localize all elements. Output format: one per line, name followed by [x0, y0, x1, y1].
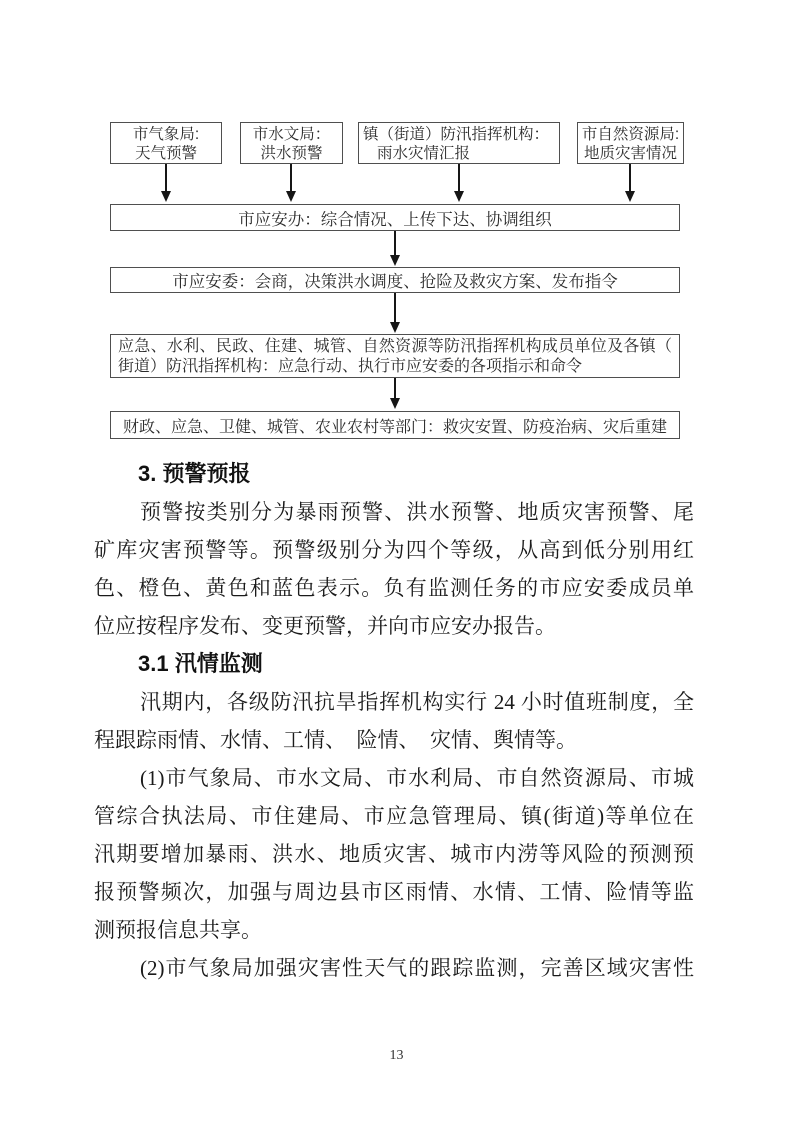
flowchart-box-emergency-office: 市应安办：综合情况、上传下达、协调组织 — [110, 204, 680, 231]
body-text-line: (2)市气象局加强灾害性天气的跟踪监测，完善区域灾害性 — [94, 949, 694, 987]
flowchart-box-text: 地质灾害情况 — [578, 144, 683, 163]
flowchart-box-text: 天气预警 — [111, 144, 221, 163]
page-number: 13 — [0, 1048, 793, 1064]
down-arrow-icon — [394, 378, 396, 398]
flowchart-box-text: 市自然资源局: — [578, 125, 683, 144]
flowchart-box-member-units: 应急、水利、民政、住建、城管、自然资源等防汛指挥机构成员单位及各镇（ 街道）防汛… — [110, 334, 680, 378]
section-heading: 3.1 汛情监测 — [94, 645, 694, 683]
section-heading: 3. 预警预报 — [94, 455, 694, 493]
flowchart-box-town-headquarters: 镇（街道）防汛指挥机构： 雨水灾情汇报 — [358, 122, 560, 164]
down-arrow-icon — [165, 164, 167, 191]
down-arrow-icon — [394, 293, 396, 322]
flowchart-box-emergency-committee: 市应安委：会商，决策洪水调度、抢险及救灾方案、发布指令 — [110, 267, 680, 293]
body-text-line: (1)市气象局、市水文局、市水利局、市自然资源局、市城 — [94, 759, 694, 797]
down-arrow-icon — [290, 164, 292, 191]
body-text-line: 色、橙色、黄色和蓝色表示。负有监测任务的市应安委成员单 — [94, 569, 694, 607]
flowchart-box-text: 雨水灾情汇报 — [363, 144, 559, 163]
flowchart-box-hydrology-bureau: 市水文局： 洪水预警 — [240, 122, 343, 164]
down-arrow-icon — [394, 231, 396, 255]
flowchart-box-text: 财政、应急、卫健、城管、农业农村等部门：救灾安置、防疫治病、灾后重建 — [123, 414, 667, 437]
down-arrow-icon — [629, 164, 631, 191]
flowchart-box-text: 市水文局： — [241, 125, 342, 144]
flowchart-box-text: 市气象局: — [111, 125, 221, 144]
down-arrow-icon — [458, 164, 460, 191]
flowchart-box-weather-bureau: 市气象局: 天气预警 — [110, 122, 222, 164]
flowchart-box-relief-departments: 财政、应急、卫健、城管、农业农村等部门：救灾安置、防疫治病、灾后重建 — [110, 411, 680, 439]
flowchart-box-text: 洪水预警 — [241, 144, 342, 163]
flowchart-box-text: 市应安委：会商，决策洪水调度、抢险及救灾方案、发布指令 — [172, 268, 618, 292]
body-text-line: 矿库灾害预警等。预警级别分为四个等级，从高到低分别用红 — [94, 531, 694, 569]
body-text: 3. 预警预报 预警按类别分为暴雨预警、洪水预警、地质灾害预警、尾 矿库灾害预警… — [94, 455, 694, 987]
body-text-line: 汛期要增加暴雨、洪水、地质灾害、城市内涝等风险的预测预 — [94, 835, 694, 873]
body-text-line: 汛期内，各级防汛抗旱指挥机构实行 24 小时值班制度，全 — [94, 683, 694, 721]
body-text-line: 预警按类别分为暴雨预警、洪水预警、地质灾害预警、尾 — [94, 493, 694, 531]
body-text-line: 测预报信息共享。 — [94, 911, 694, 949]
flowchart-box-text: 街道）防汛指挥机构：应急行动、执行市应安委的各项指示和命令 — [118, 357, 672, 377]
body-text-line: 位应按程序发布、变更预警，并向市应安办报告。 — [94, 607, 694, 645]
flowchart-box-natural-resources-bureau: 市自然资源局: 地质灾害情况 — [577, 122, 684, 164]
document-page: 市气象局: 天气预警 市水文局： 洪水预警 镇（街道）防汛指挥机构： 雨水灾情汇… — [0, 0, 793, 1121]
body-text-line: 报预警频次，加强与周边县市区雨情、水情、工情、险情等监 — [94, 873, 694, 911]
body-text-line: 管综合执法局、市住建局、市应急管理局、镇(街道)等单位在 — [94, 797, 694, 835]
flowchart-box-text: 应急、水利、民政、住建、城管、自然资源等防汛指挥机构成员单位及各镇（ — [118, 337, 672, 357]
flowchart-box-text: 镇（街道）防汛指挥机构： — [363, 125, 559, 144]
flowchart-box-text: 市应安办：综合情况、上传下达、协调组织 — [238, 206, 552, 230]
body-text-line: 程跟踪雨情、水情、工情、 险情、 灾情、舆情等。 — [94, 721, 694, 759]
